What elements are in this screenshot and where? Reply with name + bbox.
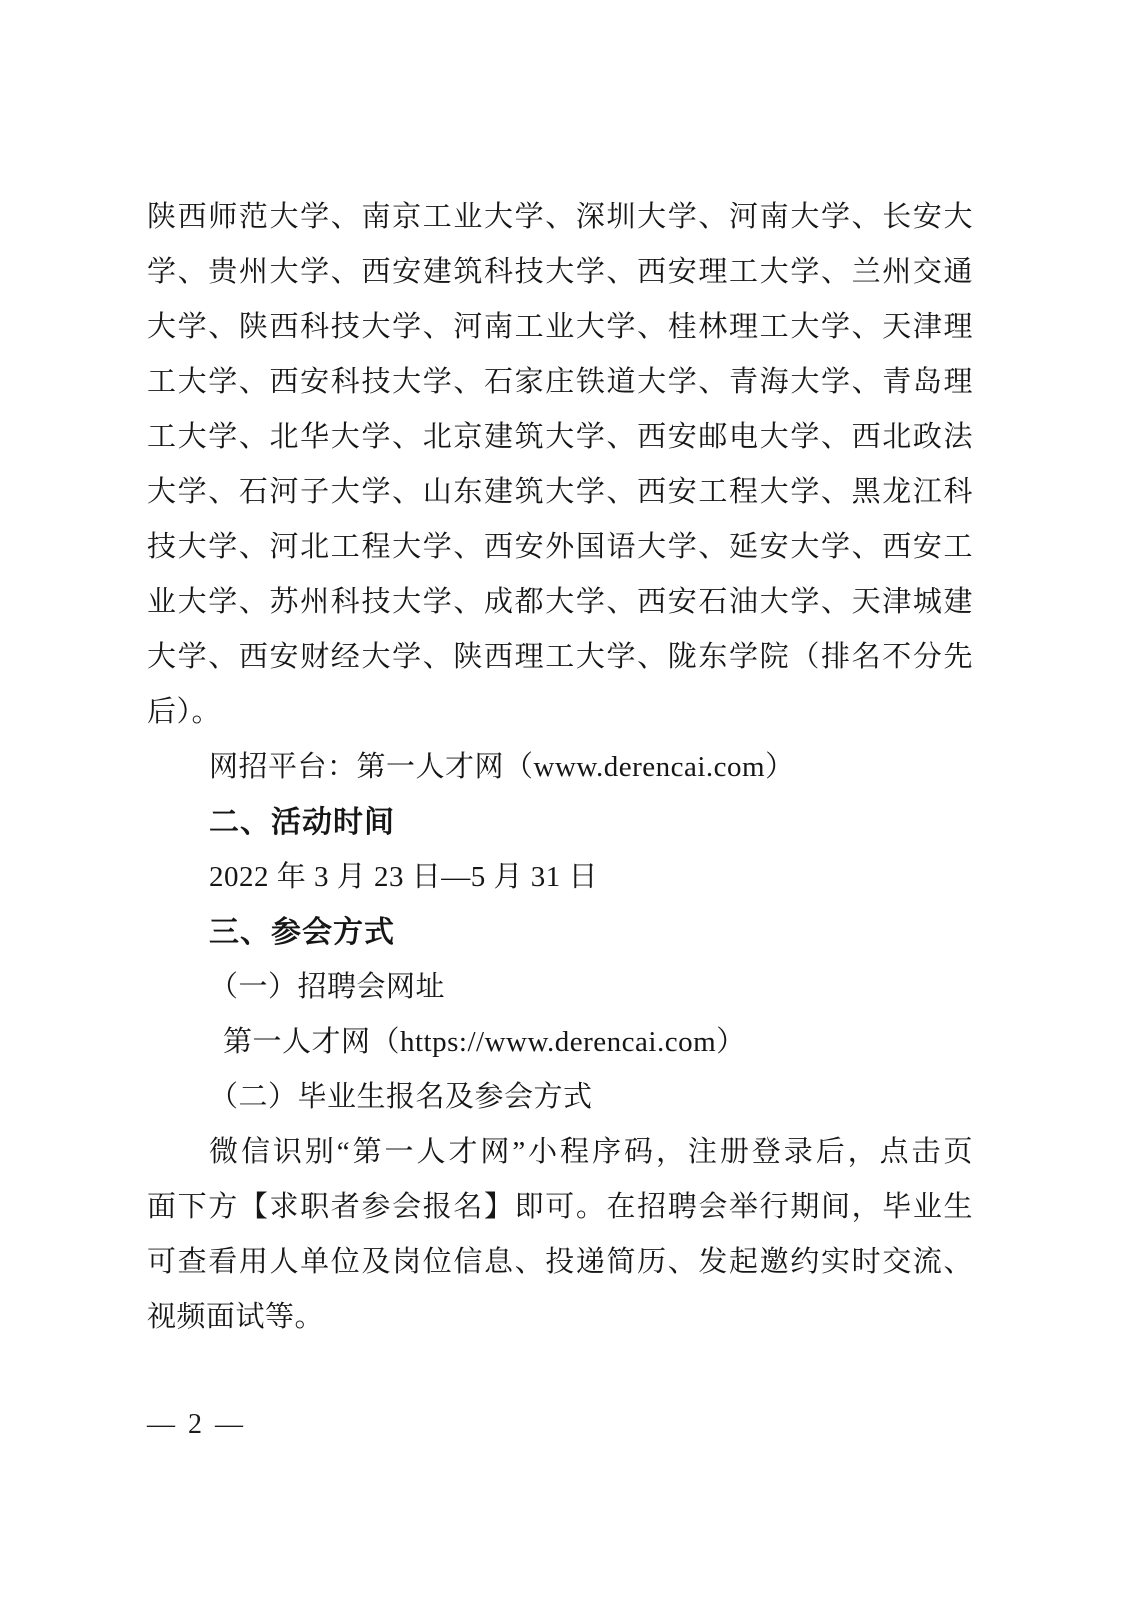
university-list-line-last: 后）。 <box>147 685 973 740</box>
item-2-heading: （二）毕业生报名及参会方式 <box>147 1070 973 1125</box>
registration-paragraph-line: 面下方【求职者参会报名】即可。在招聘会举行期间，毕业生 <box>147 1180 973 1235</box>
registration-paragraph-line: 微信识别“第一人才网”小程序码，注册登录后，点击页 <box>147 1125 973 1180</box>
university-list-line: 技大学、河北工程大学、西安外国语大学、延安大学、西安工 <box>147 520 973 575</box>
activity-date-line: 2022 年 3 月 23 日—5 月 31 日 <box>147 850 973 905</box>
document-page: 陕西师范大学、南京工业大学、深圳大学、河南大学、长安大 学、贵州大学、西安建筑科… <box>0 0 1131 1600</box>
university-list-line: 大学、西安财经大学、陕西理工大学、陇东学院（排名不分先 <box>147 630 973 685</box>
university-list-line: 工大学、西安科技大学、石家庄铁道大学、青海大学、青岛理 <box>147 355 973 410</box>
section-2-heading: 二、活动时间 <box>147 795 973 850</box>
section-3-heading: 三、参会方式 <box>147 905 973 960</box>
university-list-line: 学、贵州大学、西安建筑科技大学、西安理工大学、兰州交通 <box>147 245 973 300</box>
university-list-line: 陕西师范大学、南京工业大学、深圳大学、河南大学、长安大 <box>147 190 973 245</box>
registration-paragraph-line: 可查看用人单位及岗位信息、投递简历、发起邀约实时交流、 <box>147 1235 973 1290</box>
university-list-line: 业大学、苏州科技大学、成都大学、西安石油大学、天津城建 <box>147 575 973 630</box>
item-1-heading: （一）招聘会网址 <box>147 960 973 1015</box>
page-number: — 2 — <box>147 1404 246 1446</box>
university-list-line: 大学、陕西科技大学、河南工业大学、桂林理工大学、天津理 <box>147 300 973 355</box>
university-list-line: 工大学、北华大学、北京建筑大学、西安邮电大学、西北政法 <box>147 410 973 465</box>
recruitment-url-line: 第一人才网（https://www.derencai.com） <box>147 1015 973 1070</box>
document-text-block: 陕西师范大学、南京工业大学、深圳大学、河南大学、长安大 学、贵州大学、西安建筑科… <box>147 190 973 1345</box>
registration-paragraph-line-last: 视频面试等。 <box>147 1290 973 1345</box>
platform-line: 网招平台：第一人才网（www.derencai.com） <box>147 740 973 795</box>
university-list-line: 大学、石河子大学、山东建筑大学、西安工程大学、黑龙江科 <box>147 465 973 520</box>
